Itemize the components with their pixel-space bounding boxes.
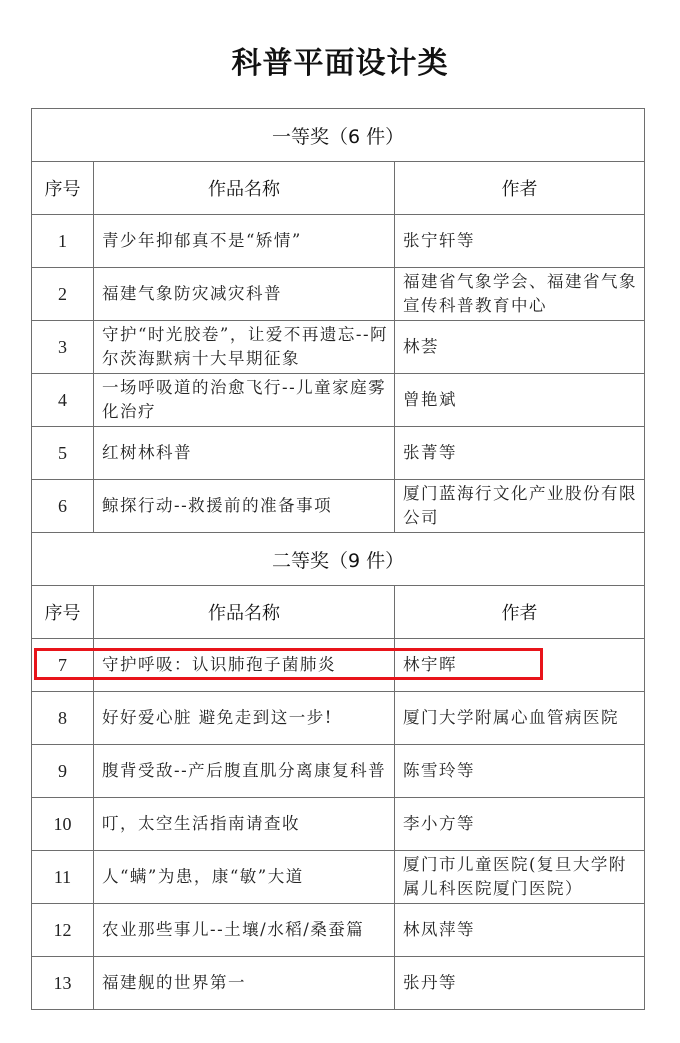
work-title: 福建舰的世界第一 [94, 957, 395, 1010]
table-row: 13 福建舰的世界第一 张丹等 [32, 957, 645, 1010]
table-row: 2 福建气象防灾减灾科普 福建省气象学会、福建省气象宣传科普教育中心 [32, 268, 645, 321]
column-header-no: 序号 [32, 586, 94, 639]
column-header-title: 作品名称 [94, 162, 395, 215]
work-author: 林荟 [395, 321, 645, 374]
row-number: 12 [32, 904, 94, 957]
row-number: 13 [32, 957, 94, 1010]
column-header-author: 作者 [395, 586, 645, 639]
work-author: 张菁等 [395, 427, 645, 480]
row-number: 8 [32, 692, 94, 745]
work-author: 厦门大学附属心血管病医院 [395, 692, 645, 745]
table-row: 8 好好爱心脏 避免走到这一步! 厦门大学附属心血管病医院 [32, 692, 645, 745]
column-header-no: 序号 [32, 162, 94, 215]
row-number: 10 [32, 798, 94, 851]
work-title: 好好爱心脏 避免走到这一步! [94, 692, 395, 745]
work-author: 陈雪玲等 [395, 745, 645, 798]
section-heading-second-prize: 二等奖（9 件） [32, 533, 645, 586]
table-row: 1 青少年抑郁真不是“矫情” 张宁轩等 [32, 215, 645, 268]
table-row: 12 农业那些事儿--土壤/水稻/桑蚕篇 林凤萍等 [32, 904, 645, 957]
table-row-highlighted: 7 守护呼吸：认识肺孢子菌肺炎 林宇晖 [32, 639, 645, 692]
row-number: 6 [32, 480, 94, 533]
table-row: 4 一场呼吸道的治愈飞行--儿童家庭雾化治疗 曾艳斌 [32, 374, 645, 427]
work-title: 守护呼吸：认识肺孢子菌肺炎 [94, 639, 395, 692]
work-author: 厦门蓝海行文化产业股份有限公司 [395, 480, 645, 533]
section-heading-row: 二等奖（9 件） [32, 533, 645, 586]
work-author: 张宁轩等 [395, 215, 645, 268]
row-number: 3 [32, 321, 94, 374]
table-row: 9 腹背受敌--产后腹直肌分离康复科普 陈雪玲等 [32, 745, 645, 798]
section-heading-row: 一等奖（6 件） [32, 109, 645, 162]
table-row: 6 鲸探行动--救援前的准备事项 厦门蓝海行文化产业股份有限公司 [32, 480, 645, 533]
work-author: 厦门市儿童医院(复旦大学附属儿科医院厦门医院） [395, 851, 645, 904]
work-author: 曾艳斌 [395, 374, 645, 427]
row-number: 11 [32, 851, 94, 904]
work-title: 腹背受敌--产后腹直肌分离康复科普 [94, 745, 395, 798]
work-title: 农业那些事儿--土壤/水稻/桑蚕篇 [94, 904, 395, 957]
table-row: 3 守护“时光胶卷”，让爱不再遗忘--阿尔茨海默病十大早期征象 林荟 [32, 321, 645, 374]
work-title: 守护“时光胶卷”，让爱不再遗忘--阿尔茨海默病十大早期征象 [94, 321, 395, 374]
table-row: 11 人“螨”为患，康“敏”大道 厦门市儿童医院(复旦大学附属儿科医院厦门医院） [32, 851, 645, 904]
row-number: 5 [32, 427, 94, 480]
row-number: 7 [32, 639, 94, 692]
work-author: 林宇晖 [395, 639, 645, 692]
awards-table: 一等奖（6 件） 序号 作品名称 作者 1 青少年抑郁真不是“矫情” 张宁轩等 … [31, 108, 645, 1010]
work-title: 人“螨”为患，康“敏”大道 [94, 851, 395, 904]
row-number: 4 [32, 374, 94, 427]
row-number: 2 [32, 268, 94, 321]
table-row: 5 红树林科普 张菁等 [32, 427, 645, 480]
page-title: 科普平面设计类 [0, 44, 680, 84]
column-header-author: 作者 [395, 162, 645, 215]
work-title: 一场呼吸道的治愈飞行--儿童家庭雾化治疗 [94, 374, 395, 427]
column-header-title: 作品名称 [94, 586, 395, 639]
table-row: 10 叮，太空生活指南请查收 李小方等 [32, 798, 645, 851]
work-title: 叮，太空生活指南请查收 [94, 798, 395, 851]
section-heading-first-prize: 一等奖（6 件） [32, 109, 645, 162]
work-title: 青少年抑郁真不是“矫情” [94, 215, 395, 268]
work-author: 林凤萍等 [395, 904, 645, 957]
column-header-row: 序号 作品名称 作者 [32, 162, 645, 215]
work-author: 李小方等 [395, 798, 645, 851]
row-number: 1 [32, 215, 94, 268]
work-title: 福建气象防灾减灾科普 [94, 268, 395, 321]
column-header-row: 序号 作品名称 作者 [32, 586, 645, 639]
work-title: 鲸探行动--救援前的准备事项 [94, 480, 395, 533]
work-author: 张丹等 [395, 957, 645, 1010]
work-author: 福建省气象学会、福建省气象宣传科普教育中心 [395, 268, 645, 321]
row-number: 9 [32, 745, 94, 798]
work-title: 红树林科普 [94, 427, 395, 480]
